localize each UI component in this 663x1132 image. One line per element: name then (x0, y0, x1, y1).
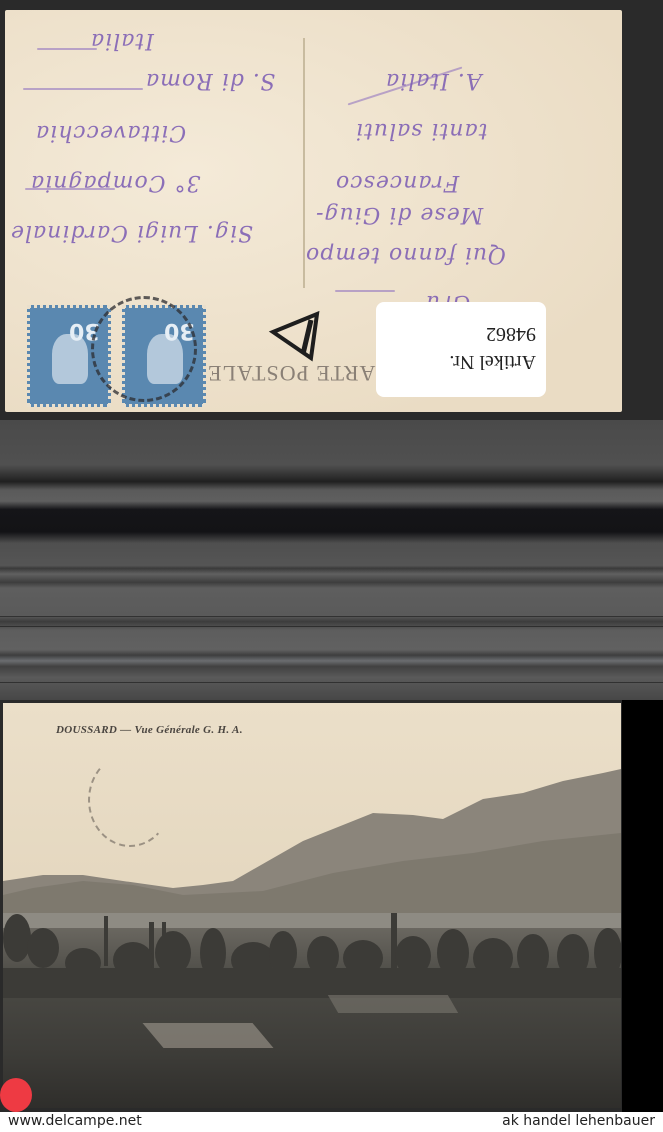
postcard-back: Italia S. di Roma Cittavecchia 3° Compag… (5, 10, 622, 412)
handwriting-line: Mese di Giug- (315, 202, 483, 227)
handwriting-stroke (25, 188, 115, 190)
handwriting-line: Italia (90, 28, 154, 53)
scan-line (0, 616, 663, 617)
seller-watermark: ak handel lehenbauer (502, 1113, 655, 1129)
postcard-scan: Italia S. di Roma Cittavecchia 3° Compag… (0, 0, 663, 1112)
handwriting-line: S. di Roma (145, 68, 275, 93)
handwriting-line: A. Italia (385, 68, 482, 93)
scan-border (622, 700, 663, 1112)
handwriting-stroke (37, 48, 97, 50)
photo-caption: DOUSSARD — Vue Générale G. H. A. (56, 724, 243, 736)
article-number: 94862 (486, 322, 536, 345)
watermark-footer: www.delcampe.net ak handel lehenbauer (0, 1112, 663, 1132)
handwriting-line: Francesco (335, 170, 459, 195)
handwriting-line: 3° Compagnia (30, 170, 201, 195)
handwriting-line: tanti saluti (355, 118, 487, 143)
handwriting-stroke (23, 88, 143, 90)
postmark-circle (91, 296, 197, 402)
handwriting-line: Sig. Luigi Cardinale (10, 220, 253, 245)
tax-triangle-icon (267, 310, 327, 370)
scan-line (0, 626, 663, 627)
article-number-label: Artikel Nr. 94862 (376, 302, 546, 397)
field-path (328, 995, 458, 1013)
handwriting-stroke (335, 290, 395, 292)
field-path (143, 1023, 274, 1048)
red-marker-dot (0, 1078, 32, 1112)
handwriting-line: Qui fanno tempo (305, 242, 506, 267)
scan-artifact-band (0, 420, 663, 700)
article-label-title: Artikel Nr. (449, 350, 536, 373)
handwriting-line: Cittavecchia (35, 120, 186, 145)
postmark-circle (88, 753, 172, 847)
scan-line (0, 682, 663, 683)
tree-line (3, 908, 621, 998)
site-watermark: www.delcampe.net (8, 1113, 142, 1129)
postcard-front-photo: DOUSSARD — Vue Générale G. H. A. (3, 703, 621, 1108)
